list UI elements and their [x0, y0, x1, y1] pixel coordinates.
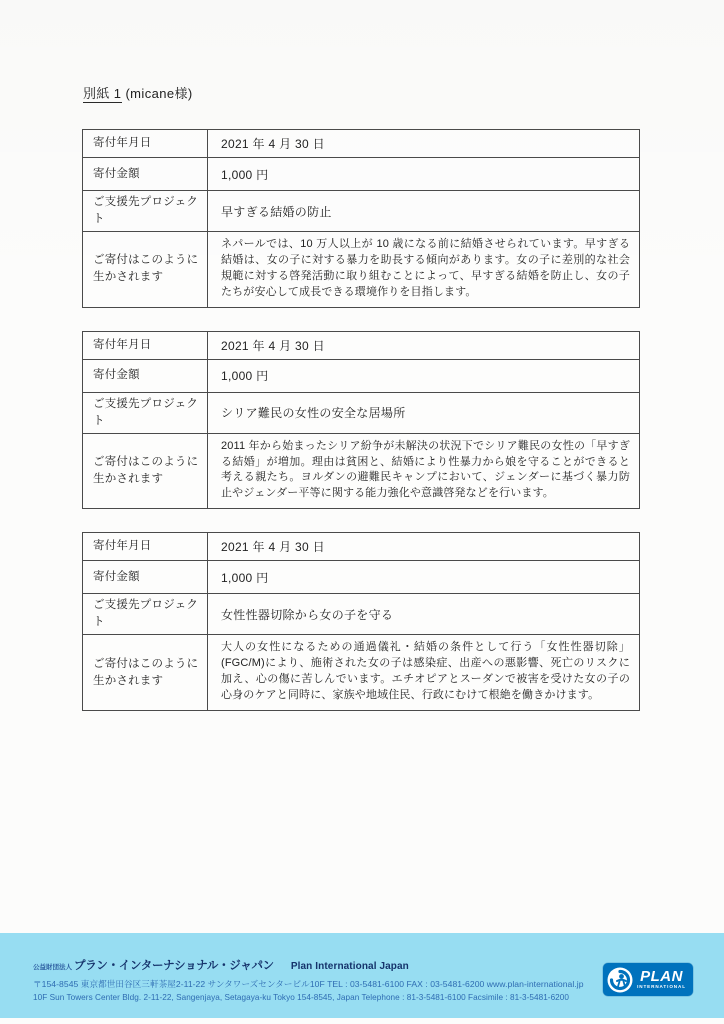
donation-amount: 1,000 円 [208, 360, 639, 392]
project-name: 早すぎる結婚の防止 [208, 191, 639, 231]
row-label: 寄付年月日 [83, 130, 208, 157]
row-label: 寄付金額 [83, 158, 208, 190]
table-row: ご寄付はこのように生かされます ネパールでは、10 万人以上が 10 歳になる前… [83, 231, 639, 307]
address-jp: 〒154-8545 東京都世田谷区三軒茶屋2-11-22 サンタワーズセンタービ… [33, 978, 584, 990]
project-name: 女性性器切除から女の子を守る [208, 594, 639, 634]
address-en: 10F Sun Towers Center Bldg. 2-11-22, San… [33, 993, 584, 1002]
document-sheet: 別紙 1(micane様) 寄付年月日 2021 年 4 月 30 日 寄付金額… [0, 0, 724, 1024]
project-name: シリア難民の女性の安全な居場所 [208, 393, 639, 433]
plan-international-logo: PLAN INTERNATIONAL [603, 963, 693, 996]
row-label: 寄付金額 [83, 561, 208, 593]
row-label: ご寄付はこのように生かされます [83, 434, 208, 509]
row-label: ご支援先プロジェクト [83, 393, 208, 433]
org-name-jp: プラン・インターナショナル・ジャパン [74, 957, 274, 973]
row-label: 寄付年月日 [83, 533, 208, 560]
row-label: 寄付年月日 [83, 332, 208, 359]
plan-child-emblem-icon [607, 967, 633, 993]
row-label: ご支援先プロジェクト [83, 191, 208, 231]
plan-logo-text: PLAN [635, 969, 688, 984]
donation-amount: 1,000 円 [208, 158, 639, 190]
donation-tables: 寄付年月日 2021 年 4 月 30 日 寄付金額 1,000 円 ご支援先プ… [82, 129, 640, 734]
table-row: 寄付金額 1,000 円 [83, 359, 639, 392]
attachment-header: 別紙 1(micane様) [83, 83, 193, 102]
plan-logo-wordmark: PLAN INTERNATIONAL [635, 969, 688, 990]
plan-logo-subtext: INTERNATIONAL [635, 985, 688, 990]
table-row: ご寄付はこのように生かされます 2011 年から始まったシリア紛争が未解決の状況… [83, 433, 639, 509]
project-description: 大人の女性になるための通過儀礼・結婚の条件として行う「女性性器切除」(FGC/M… [208, 635, 639, 710]
table-row: ご支援先プロジェクト 早すぎる結婚の防止 [83, 190, 639, 231]
donation-table-3: 寄付年月日 2021 年 4 月 30 日 寄付金額 1,000 円 ご支援先プ… [82, 532, 640, 711]
table-row: 寄付金額 1,000 円 [83, 560, 639, 593]
row-label: ご支援先プロジェクト [83, 594, 208, 634]
donation-date: 2021 年 4 月 30 日 [208, 130, 639, 157]
donation-date: 2021 年 4 月 30 日 [208, 533, 639, 560]
table-row: ご寄付はこのように生かされます 大人の女性になるための通過儀礼・結婚の条件として… [83, 634, 639, 710]
row-label: ご寄付はこのように生かされます [83, 635, 208, 710]
project-description: ネパールでは、10 万人以上が 10 歳になる前に結婚させられています。早すぎる… [208, 232, 639, 307]
row-label: 寄付金額 [83, 360, 208, 392]
donation-table-2: 寄付年月日 2021 年 4 月 30 日 寄付金額 1,000 円 ご支援先プ… [82, 331, 640, 510]
row-label: ご寄付はこのように生かされます [83, 232, 208, 307]
table-row: 寄付年月日 2021 年 4 月 30 日 [83, 533, 639, 560]
project-description: 2011 年から始まったシリア紛争が未解決の状況下でシリア難民の女性の「早すぎる… [208, 434, 639, 509]
org-legal-prefix: 公益財団法人 [33, 962, 72, 971]
attachment-title: 別紙 1 [83, 86, 122, 103]
table-row: 寄付金額 1,000 円 [83, 157, 639, 190]
table-row: ご支援先プロジェクト 女性性器切除から女の子を守る [83, 593, 639, 634]
org-name-line: 公益財団法人 プラン・インターナショナル・ジャパン Plan Internati… [33, 957, 584, 973]
org-name-en: Plan International Japan [291, 961, 409, 972]
table-row: ご支援先プロジェクト シリア難民の女性の安全な居場所 [83, 392, 639, 433]
donation-date: 2021 年 4 月 30 日 [208, 332, 639, 359]
donation-amount: 1,000 円 [208, 561, 639, 593]
table-row: 寄付年月日 2021 年 4 月 30 日 [83, 130, 639, 157]
footer-contact-block: 公益財団法人 プラン・インターナショナル・ジャパン Plan Internati… [33, 957, 584, 1002]
donation-table-1: 寄付年月日 2021 年 4 月 30 日 寄付金額 1,000 円 ご支援先プ… [82, 129, 640, 308]
table-row: 寄付年月日 2021 年 4 月 30 日 [83, 332, 639, 359]
recipient-name: (micane様) [125, 86, 192, 101]
